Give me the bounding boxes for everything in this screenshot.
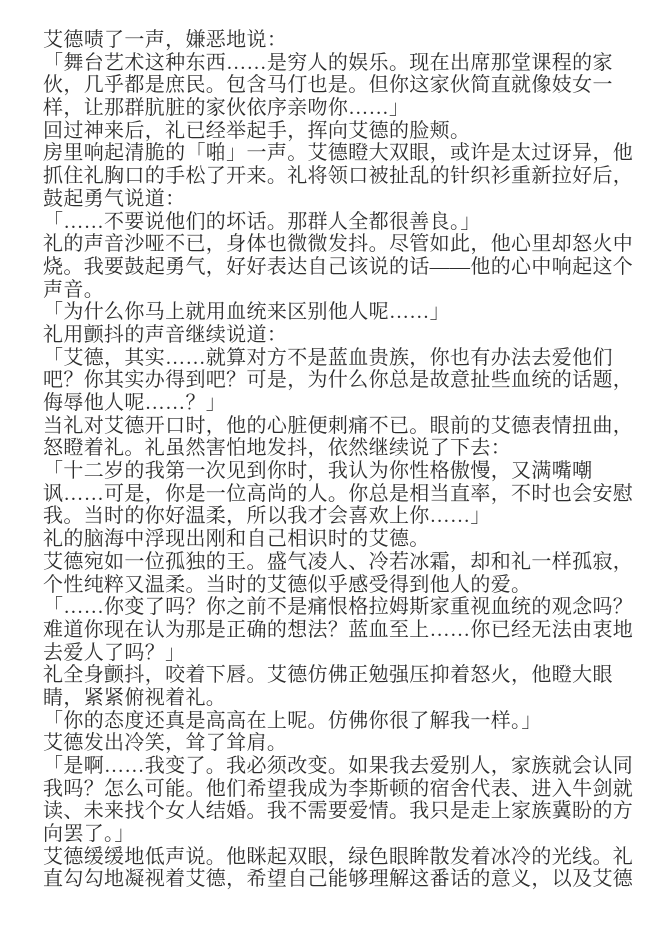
text-line: 艾德宛如一位孤独的王。盛气凌人、冷若冰霜，却和礼一样孤寂， <box>43 551 628 574</box>
text-line: 回过神来后，礼已经举起手，挥向艾德的脸颊。 <box>43 120 628 143</box>
text-line: 去爱人了吗？」 <box>43 642 628 665</box>
text-line: 「为什么你马上就用血统来区别他人呢……」 <box>43 301 628 324</box>
text-line: 抓住礼胸口的手松了开来。礼将领口被扯乱的针织衫重新拉好后， <box>43 165 628 188</box>
novel-page: 艾德啧了一声，嫌恶地说：「舞台艺术这种东西……是穷人的娱乐。现在出席那堂课程的家… <box>0 0 662 935</box>
text-line: 讽……可是，你是一位高尚的人。你总是相当直率，不时也会安慰 <box>43 483 628 506</box>
text-line: 伙，几乎都是庶民。包含马仃也是。但你这家伙简直就像妓女一 <box>43 74 628 97</box>
text-line: 礼用颤抖的声音继续说道： <box>43 324 628 347</box>
text-line: 个性纯粹又温柔。当时的艾德似乎感受得到他人的爱。 <box>43 574 628 597</box>
text-line: 礼全身颤抖，咬着下唇。艾德仿佛正勉强压抑着怒火，他瞪大眼 <box>43 664 628 687</box>
text-line: 「……不要说他们的坏话。那群人全都很善良。」 <box>43 211 628 234</box>
text-line: 怒瞪着礼。礼虽然害怕地发抖，依然继续说了下去： <box>43 437 628 460</box>
text-line: 「舞台艺术这种东西……是穷人的娱乐。现在出席那堂课程的家 <box>43 52 628 75</box>
text-line: 「你的态度还真是高高在上呢。仿佛你很了解我一样。」 <box>43 710 628 733</box>
text-line: 直勾勾地凝视着艾德，希望自己能够理解这番话的意义，以及艾德 <box>43 868 628 891</box>
text-line: 声音。 <box>43 279 628 302</box>
text-line: 礼的脑海中浮现出刚和自己相识时的艾德。 <box>43 528 628 551</box>
text-line: 「艾德，其实……就算对方不是蓝血贵族，你也有办法去爱他们 <box>43 347 628 370</box>
text-line: 侮辱他人呢……？」 <box>43 392 628 415</box>
text-line: 「十二岁的我第一次见到你时，我认为你性格傲慢，又满嘴嘲 <box>43 460 628 483</box>
text-line: 「……你变了吗？你之前不是痛恨格拉姆斯家重视血统的观念吗？ <box>43 596 628 619</box>
text-line: 吧？你其实办得到吧？可是，为什么你总是故意扯些血统的话题， <box>43 369 628 392</box>
text-line: 样，让那群肮脏的家伙依序亲吻你……」 <box>43 97 628 120</box>
text-line: 我吗？怎么可能。他们希望我成为李斯顿的宿舍代表、进入牛剑就 <box>43 778 628 801</box>
text-line: 我。当时的你好温柔，所以我才会喜欢上你……」 <box>43 505 628 528</box>
text-line: 「是啊……我变了。我必须改变。如果我去爱别人，家族就会认同 <box>43 755 628 778</box>
text-line: 烧。我要鼓起勇气，好好表达自己该说的话——他的心中响起这个 <box>43 256 628 279</box>
text-line: 向罢了。」 <box>43 823 628 846</box>
text-line: 鼓起勇气说道： <box>43 188 628 211</box>
text-line: 难道你现在认为那是正确的想法？蓝血至上……你已经无法由衷地 <box>43 619 628 642</box>
text-line: 艾德缓缓地低声说。他眯起双眼，绿色眼眸散发着冰冷的光线。礼 <box>43 846 628 869</box>
text-line: 艾德啧了一声，嫌恶地说： <box>43 29 628 52</box>
text-line: 礼的声音沙哑不已，身体也微微发抖。尽管如此，他心里却怒火中 <box>43 233 628 256</box>
novel-text-block: 艾德啧了一声，嫌恶地说：「舞台艺术这种东西……是穷人的娱乐。现在出席那堂课程的家… <box>43 29 628 891</box>
text-line: 读、未来找个女人结婚。我不需要爱情。我只是走上家族冀盼的方 <box>43 800 628 823</box>
text-line: 房里响起清脆的「啪」一声。艾德瞪大双眼，或许是太过讶异，他 <box>43 142 628 165</box>
text-line: 艾德发出冷笑，耸了耸肩。 <box>43 732 628 755</box>
text-line: 睛，紧紧俯视着礼。 <box>43 687 628 710</box>
text-line: 当礼对艾德开口时，他的心脏便刺痛不已。眼前的艾德表情扭曲， <box>43 415 628 438</box>
